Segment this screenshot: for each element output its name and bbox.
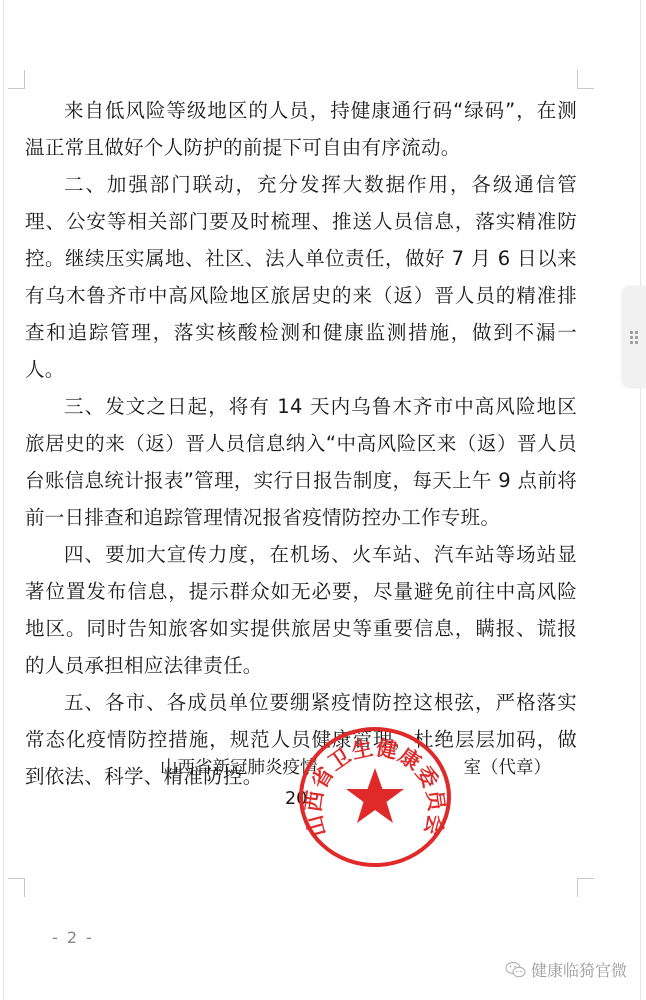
paragraph-3: 三、发文之日起，将有 14 天内乌鲁木齐市中高风险地区旅居史的来（返）晋人员信息… <box>25 388 577 536</box>
paragraph-2: 二、加强部门联动，充分发挥大数据作用，各级通信管理、公安等相关部门要及时梳理、推… <box>25 166 577 388</box>
side-drawer-handle[interactable] <box>622 286 646 388</box>
watermark-text: 健康临猗官微 <box>531 958 627 981</box>
document-body: 来自低风险等级地区的人员，持健康通行码“绿码”，在测温正常且做好个人防护的前提下… <box>25 92 577 795</box>
page-number: - 2 - <box>52 928 94 947</box>
signature-right-text: 室（代章） <box>464 758 552 778</box>
signature-left-text: 山西省新冠肺炎疫情 <box>160 758 318 778</box>
star-icon <box>346 768 404 823</box>
page-edge-right <box>640 0 641 1000</box>
paragraph-1: 来自低风险等级地区的人员，持健康通行码“绿码”，在测温正常且做好个人防护的前提下… <box>25 92 577 166</box>
paragraph-4: 四、要加大宣传力度，在机场、火车站、汽车站等场站显著位置发布信息，提示群众如无必… <box>25 536 577 684</box>
crop-mark-bottom-right <box>577 878 594 897</box>
page-edge-left <box>3 0 4 1000</box>
watermark: 健康临猗官微 <box>505 958 627 981</box>
crop-mark-top-left <box>8 70 25 89</box>
wechat-icon <box>505 961 527 979</box>
crop-mark-top-right <box>577 70 594 89</box>
official-seal: 山西省卫生健康委员会 <box>297 726 453 868</box>
crop-mark-bottom-left <box>8 878 25 897</box>
grip-icon <box>630 331 638 344</box>
